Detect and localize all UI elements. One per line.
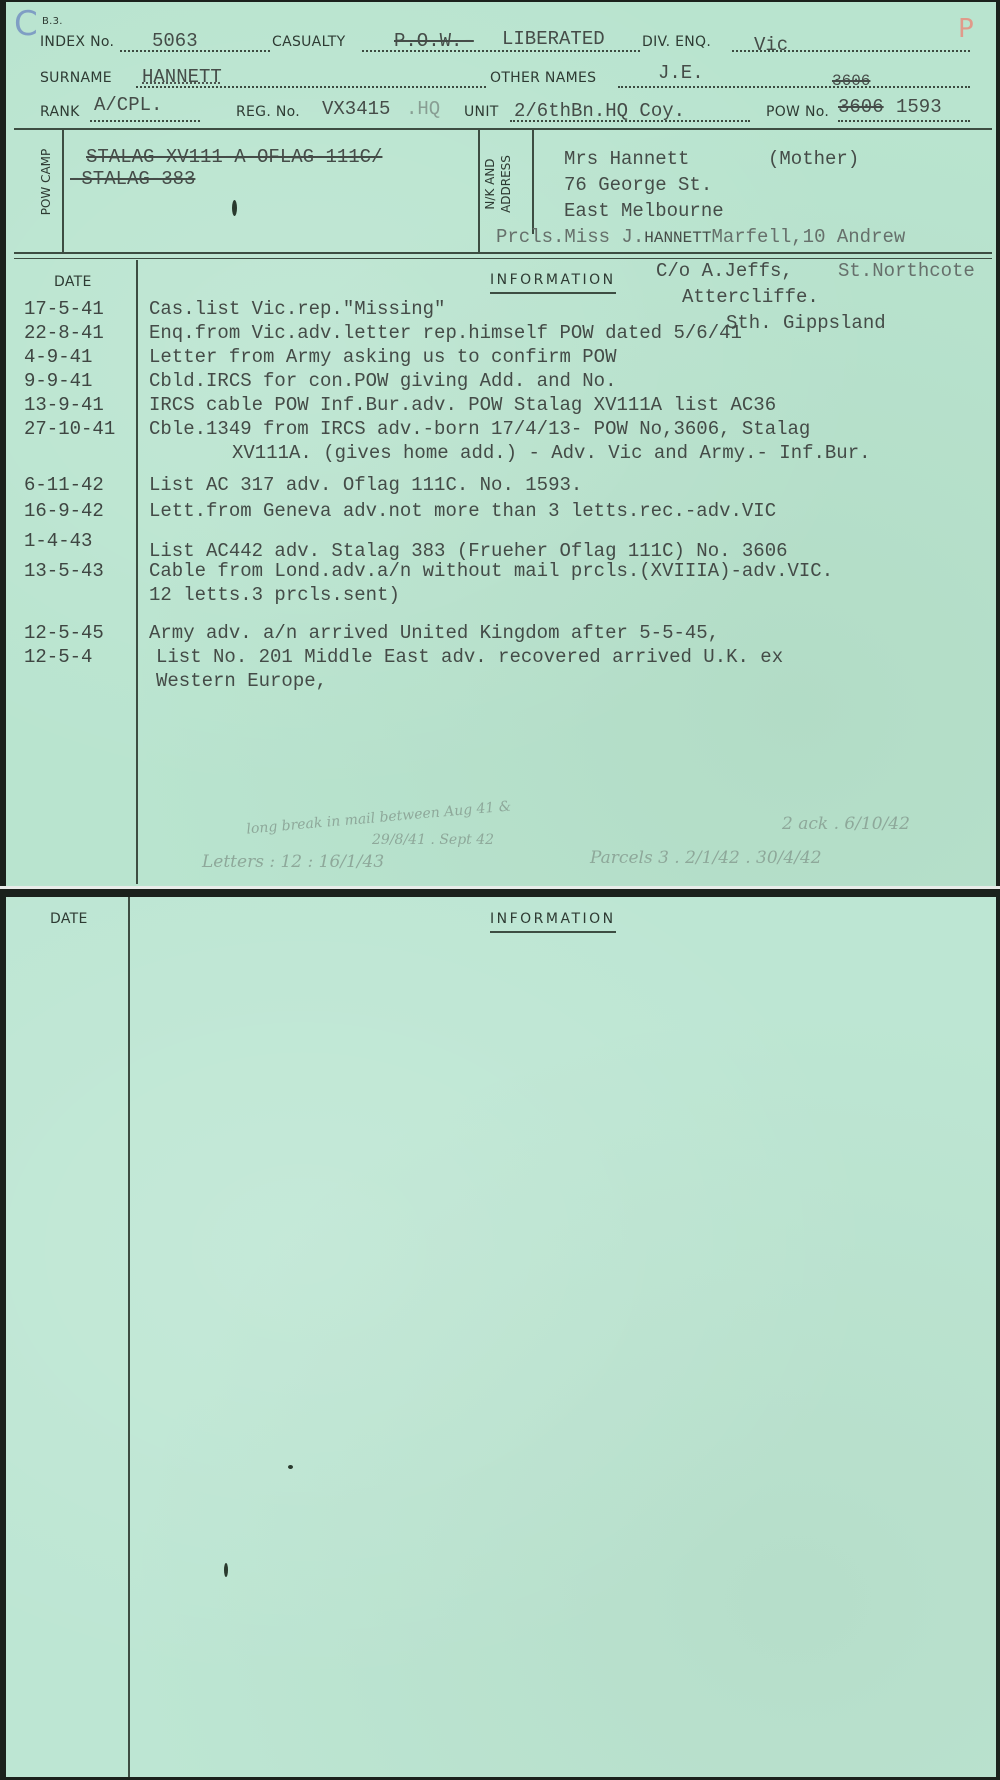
entry-info: Western Europe, — [156, 670, 327, 692]
entry-date: 12-5-45 — [24, 622, 142, 644]
entry-info: IRCS cable POW Inf.Bur.adv. POW Stalag X… — [149, 394, 776, 416]
entry-date: 4-9-41 — [24, 346, 142, 368]
reg-no-suffix: .HQ — [406, 98, 440, 120]
parcels-line-2b: St.Northcote — [838, 260, 975, 282]
pow-no-value: 1593 — [896, 96, 942, 118]
parcels-rest: Marfell,10 Andrew — [711, 226, 905, 248]
entry-info: Cable from Lond.adv.a/n without mail prc… — [149, 560, 833, 582]
address-label: ADDRESS — [500, 134, 513, 234]
entry-date: 1-4-43 — [24, 530, 142, 552]
casualty-value: LIBERATED — [502, 28, 605, 50]
entry-info: Cbld.IRCS for con.POW giving Add. and No… — [149, 370, 616, 392]
form-code: B.3. — [42, 16, 63, 27]
div-enq-value: Vic — [754, 34, 788, 56]
entry-date: 13-9-41 — [24, 394, 142, 416]
unit-value: 2/6thBn.HQ Coy. — [514, 100, 685, 122]
entry-date: 16-9-42 — [24, 500, 142, 522]
nk-name: Mrs Hannett — [564, 148, 689, 170]
entry-info: List AC442 adv. Stalag 383 (Frueher Ofla… — [149, 540, 788, 562]
speck — [288, 1465, 293, 1469]
casualty-label: CASUALTY — [272, 34, 345, 50]
pow-no-line — [838, 120, 970, 122]
parcels-line-3: Attercliffe. — [682, 286, 819, 308]
entry-date: 12-5-4 — [24, 646, 142, 668]
other-names-line — [618, 86, 970, 88]
reg-no-value: VX3415 — [322, 98, 390, 120]
div-enq-label: DIV. ENQ. — [642, 34, 711, 50]
pow-camp-line-2: -STALAG-383 — [70, 168, 195, 190]
pow-no-above-struck: 3606 — [832, 72, 870, 90]
entry-info: List No. 201 Middle East adv. recovered … — [156, 646, 783, 668]
rank-label: RANK — [40, 104, 80, 120]
nk-address-line-1: 76 George St. — [564, 174, 712, 196]
reg-no-label: REG. No. — [236, 104, 300, 120]
handwritten-note: Parcels 3 . 2/1/42 . 30/4/42 — [590, 848, 822, 868]
handwritten-note: 2 ack . 6/10/42 — [782, 814, 910, 834]
pow-camp-label: POW CAMP — [40, 132, 53, 232]
pencil-mark: C — [14, 4, 38, 44]
divider — [532, 130, 534, 234]
entry-date: 6-11-42 — [24, 474, 142, 496]
stain — [224, 1563, 228, 1577]
information-header: INFORMATION — [490, 911, 616, 933]
other-names-value: J.E. — [658, 62, 704, 84]
entry-info: Lett.from Geneva adv.not more than 3 let… — [149, 500, 776, 522]
date-header: DATE — [50, 911, 88, 927]
card-front: C B.3. P INDEX No. 5063 CASUALTY P.O.W.-… — [6, 2, 996, 886]
nk-relation: (Mother) — [768, 148, 859, 170]
divider — [62, 130, 64, 254]
index-no-label: INDEX No. — [40, 34, 114, 50]
card-back: DATE INFORMATION — [6, 897, 996, 1777]
divider — [478, 130, 480, 254]
entry-info: Letter from Army asking us to confirm PO… — [149, 346, 616, 368]
entry-info: XV111A. (gives home add.) - Adv. Vic and… — [232, 442, 871, 464]
index-no-value: 5063 — [152, 30, 198, 52]
entry-date: 27-10-41 — [24, 418, 142, 440]
parcels-struck: HANNETT — [644, 229, 711, 247]
handwritten-note: Letters : 12 : 16/1/43 — [202, 852, 384, 872]
pow-no-struck: 3606 — [838, 96, 884, 118]
divider — [14, 258, 992, 259]
corner-mark: P — [958, 14, 974, 44]
divider — [14, 128, 992, 130]
entry-info: Army adv. a/n arrived United Kingdom aft… — [149, 622, 719, 644]
entry-info: Enq.from Vic.adv.letter rep.himself POW … — [149, 322, 742, 344]
nk-address-line-2: East Melbourne — [564, 200, 724, 222]
entry-info: List AC 317 adv. Oflag 111C. No. 1593. — [149, 474, 582, 496]
casualty-struck-value: P.O.W.- — [394, 30, 474, 52]
parcels-address: Prcls.Miss J.HANNETTMarfell,10 Andrew — [496, 226, 905, 248]
divider — [14, 252, 992, 254]
surname-value: HANNETT — [142, 66, 222, 88]
date-header: DATE — [54, 274, 92, 290]
information-header: INFORMATION — [490, 272, 616, 294]
stain — [232, 200, 237, 216]
entry-date: 22-8-41 — [24, 322, 142, 344]
rank-line — [90, 120, 200, 122]
entry-date: 9-9-41 — [24, 370, 142, 392]
entry-info: Cas.list Vic.rep."Missing" — [149, 298, 445, 320]
nk-and-label: N/K AND — [484, 134, 497, 234]
rank-value: A/CPL. — [94, 94, 162, 116]
pow-camp-line-1: STALAG-XV111-A-OFLAG-111C/ — [86, 146, 382, 168]
entry-date: 17-5-41 — [24, 298, 142, 320]
pow-no-label: POW No. — [766, 104, 829, 120]
entry-date: 13-5-43 — [24, 560, 142, 582]
handwritten-note: 29/8/41 . Sept 42 — [372, 832, 494, 848]
card-separator — [0, 886, 1000, 889]
date-column-divider — [128, 897, 130, 1777]
surname-label: SURNAME — [40, 70, 112, 86]
parcels-line-4: Sth. Gippsland — [726, 312, 886, 334]
unit-label: UNIT — [464, 104, 499, 120]
parcels-prefix: Prcls.Miss J. — [496, 226, 644, 248]
entry-info: Cble.1349 from IRCS adv.-born 17/4/13- P… — [149, 418, 810, 440]
entry-info: 12 letts.3 prcls.sent) — [149, 584, 400, 606]
other-names-label: OTHER NAMES — [490, 70, 596, 86]
parcels-line-2: C/o A.Jeffs, — [656, 260, 793, 282]
